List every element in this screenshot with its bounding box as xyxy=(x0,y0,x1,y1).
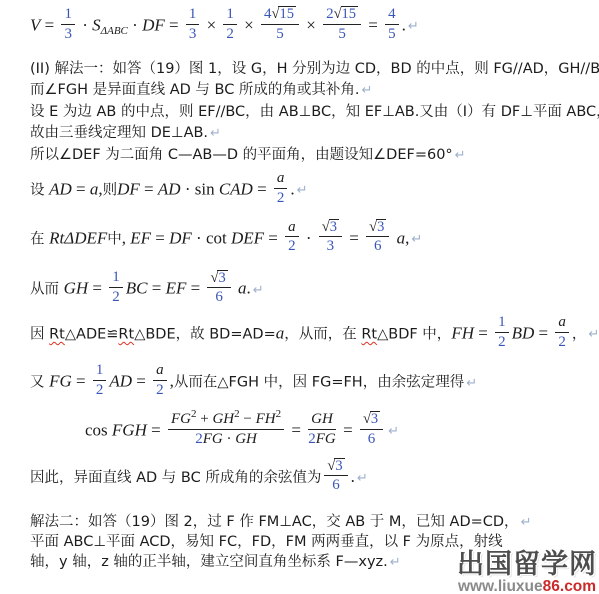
math-digit: 2 xyxy=(195,431,203,447)
paragraph-return-mark: ↵ xyxy=(208,126,221,141)
sqrt-radical: √3 xyxy=(210,270,227,286)
math-digit: 1 xyxy=(64,6,72,22)
watermark-brand: 出国留学网 xyxy=(457,551,597,579)
fraction: 13 xyxy=(186,6,200,43)
math-italic: AD xyxy=(49,179,72,198)
superscript: 2 xyxy=(276,408,282,420)
fraction: 12 xyxy=(223,6,237,43)
math-italic: BC xyxy=(126,279,148,298)
text-run: 设 E 为边 AB 的中点，则 EF//BC，由 AB⊥BC，知 EF⊥AB.又… xyxy=(30,104,599,120)
math-italic: AD xyxy=(158,179,181,198)
formula-ef: 在 RtΔDEF中, EF = DF · cot DEF = a2 · √33 … xyxy=(30,221,599,258)
math-italic: CAD xyxy=(219,179,253,198)
para-fg-cosine-rule: 又 FG = 12AD = a2,从而在△FGH 中，因 FG=FH，由余弦定理… xyxy=(30,364,599,401)
text-run: △BDE，故 BD=AD= xyxy=(134,326,276,342)
denominator: 2 xyxy=(285,237,299,255)
math-italic: a xyxy=(276,323,285,342)
text-run: 故由三垂线定理知 DE⊥AB. xyxy=(30,125,208,141)
text-run: 在 xyxy=(30,231,49,247)
math-digit: 2 xyxy=(277,190,285,206)
numerator: √3 xyxy=(319,219,342,237)
denominator: 6 xyxy=(324,476,347,494)
denominator: 2 xyxy=(274,189,288,207)
para-midpoint-e: 设 E 为边 AB 的中点，则 EF//BC，由 AB⊥BC，知 EF⊥AB.又… xyxy=(30,102,599,124)
math-roman: cos xyxy=(85,420,112,439)
math-italic: DF xyxy=(117,179,140,198)
fraction: a2 xyxy=(153,362,167,399)
math-roman: = xyxy=(140,179,158,198)
math-roman: × xyxy=(202,15,220,34)
math-digit: 2 xyxy=(308,431,316,447)
radicand: 3 xyxy=(329,219,339,235)
radicand: 3 xyxy=(370,411,380,427)
math-roman: = xyxy=(264,228,282,247)
fraction: √36 xyxy=(207,270,230,306)
denominator: 6 xyxy=(360,430,383,448)
formula-df: 设 AD = a,则DF = AD · sin CAD = a2.↵ xyxy=(30,172,599,209)
text-run: 而∠FGH 是异面直线 AD 与 BC 所成的角或其补角. xyxy=(30,82,360,98)
math-italic: V xyxy=(30,15,40,34)
denominator: 3 xyxy=(186,25,200,43)
denominator: 2 xyxy=(153,381,167,399)
denominator: 2 xyxy=(93,381,107,399)
para-solution1-intro: (II) 解法一：如答（19）图 1，设 G，H 分别为边 CD，BD 的中点，… xyxy=(30,59,599,81)
paragraph-return-mark: ↵ xyxy=(386,424,399,439)
math-digit: 2 xyxy=(498,334,506,350)
sqrt-radical: √15 xyxy=(272,6,296,22)
math-roman: = xyxy=(165,15,183,34)
denominator: 5 xyxy=(323,25,361,43)
math-roman: = xyxy=(345,228,363,247)
math-digit: 2 xyxy=(558,334,566,350)
math-roman: · xyxy=(128,15,142,34)
numerator: a xyxy=(555,314,569,333)
math-digit: 6 xyxy=(374,238,382,254)
math-digit: 5 xyxy=(388,26,396,42)
spellcheck-flagged-text: Rt xyxy=(49,326,65,342)
math-digit: 2 xyxy=(288,238,296,254)
math-roman: = xyxy=(72,179,90,198)
math-italic: DEF xyxy=(231,228,264,247)
formula-gh: 从而 GH = 12BC = EF = √36 a.↵ xyxy=(30,271,599,308)
math-italic: FG xyxy=(316,431,336,447)
paragraph-return-mark: ↵ xyxy=(409,232,422,247)
math-roman: = xyxy=(474,323,492,342)
math-roman: = xyxy=(151,228,169,247)
math-roman: = xyxy=(186,279,204,298)
numerator: 1 xyxy=(109,269,123,288)
paragraph-return-mark: ↵ xyxy=(586,327,599,342)
radicand: 15 xyxy=(278,6,296,22)
numerator: 4√15 xyxy=(261,6,299,25)
numerator: 4 xyxy=(385,6,399,25)
spellcheck-flagged-text: Rt xyxy=(361,326,377,342)
math-roman: − xyxy=(240,411,256,427)
math-digit: 1 xyxy=(498,314,506,330)
math-digit: 1 xyxy=(226,6,234,22)
math-roman: = xyxy=(148,279,166,298)
math-italic: a xyxy=(277,170,285,186)
math-italic: GH xyxy=(235,431,257,447)
denominator: 2FG · GH xyxy=(168,430,284,448)
formula-cos-fgh: cos FGH = FG2 + GH2 − FH22FG · GH = GH2F… xyxy=(85,413,599,450)
text-run: 从而在△FGH 中，因 FG=FH，由余弦定理得 xyxy=(174,375,464,391)
math-roman: + xyxy=(196,411,212,427)
math-digit: 2 xyxy=(96,382,104,398)
math-roman: · xyxy=(302,228,316,247)
fraction: GH2FG xyxy=(308,411,336,448)
watermark: 出国留学网 www.liuxue86.com xyxy=(457,551,597,594)
paragraph-return-mark: ↵ xyxy=(360,83,373,98)
numerator: √3 xyxy=(366,219,389,237)
fraction: 45 xyxy=(385,6,399,43)
paragraph-return-mark: ↵ xyxy=(464,376,477,391)
math-digit: 5 xyxy=(338,26,346,42)
sqrt-radical: √3 xyxy=(322,219,339,235)
math-digit: 3 xyxy=(327,238,335,254)
math-roman: = xyxy=(40,15,58,34)
text-run: ，从而，在 xyxy=(284,326,361,342)
para-three-perpendicular: 故由三垂线定理知 DE⊥AB.↵ xyxy=(30,123,599,145)
watermark-url: www.liuxue86.com xyxy=(457,579,597,594)
math-italic: a xyxy=(392,228,405,247)
numerator: a xyxy=(274,170,288,189)
radicand: 3 xyxy=(334,458,344,474)
fraction: √36 xyxy=(324,458,347,494)
text-run: (II) 解法一：如答（19）图 1，设 G，H 分别为边 CD，BD 的中点，… xyxy=(30,61,599,77)
text-run: 平面 ABC⊥平面 ACD，易知 FC，FD，FM 两两垂直，以 F 为原点，射… xyxy=(30,534,503,550)
fraction: √33 xyxy=(319,219,342,255)
math-italic: DF xyxy=(142,15,165,34)
numerator: 1 xyxy=(93,362,107,381)
text-run: 设 xyxy=(30,182,49,198)
fraction: √36 xyxy=(366,219,389,255)
text-run: 中 xyxy=(107,231,122,247)
math-italic: FG xyxy=(203,431,223,447)
math-italic: AD xyxy=(109,372,132,391)
math-digit: 1 xyxy=(96,362,104,378)
denominator: 6 xyxy=(207,288,230,306)
math-italic: FG xyxy=(49,372,72,391)
denominator: 2 xyxy=(495,333,509,351)
para-solution2-intro: 解法二：如答（19）图 2，过 F 作 FM⊥AC，交 AB 于 M，已知 AD… xyxy=(30,512,599,534)
numerator: a xyxy=(285,219,299,238)
math-roman: = xyxy=(88,279,106,298)
text-run: △BDF 中， xyxy=(377,326,451,342)
numerator: 1 xyxy=(61,6,75,25)
math-digit: 2 xyxy=(156,382,164,398)
math-italic: EF xyxy=(166,279,187,298)
denominator: 2 xyxy=(223,25,237,43)
sqrt-radical: √15 xyxy=(334,6,358,22)
math-italic: FH xyxy=(256,411,276,427)
math-italic: EF xyxy=(130,228,151,247)
math-roman: = xyxy=(72,372,90,391)
text-run: 则 xyxy=(103,182,118,198)
text-run: 所以∠DEF 为二面角 C—AB—D 的平面角，由题设知∠DEF=60° xyxy=(30,147,453,163)
numerator: 1 xyxy=(495,314,509,333)
paragraph-return-mark: ↵ xyxy=(295,183,308,198)
math-roman: = xyxy=(534,323,552,342)
text-run: 又 xyxy=(30,375,49,391)
text-run: 轴，y 轴，z 轴的正半轴，建立空间直角坐标系 F—xyz. xyxy=(30,554,388,570)
math-italic: BD xyxy=(512,323,535,342)
paragraph-return-mark: ↵ xyxy=(453,148,466,163)
fraction: √36 xyxy=(360,411,383,447)
math-roman: · sin xyxy=(181,179,219,198)
document-page: V = 13 · SΔABC · DF = 13 × 12 × 4√155 × … xyxy=(0,0,599,594)
math-roman: × xyxy=(240,15,258,34)
denominator: 2 xyxy=(109,288,123,306)
math-italic: a xyxy=(288,219,296,235)
math-digit: 6 xyxy=(215,289,223,305)
sqrt-radical: √3 xyxy=(327,458,344,474)
denominator: 3 xyxy=(61,25,75,43)
math-digit: 4 xyxy=(388,6,396,22)
numerator: a xyxy=(153,362,167,381)
numerator: 1 xyxy=(223,6,237,25)
math-digit: 2 xyxy=(226,26,234,42)
text-run: △ADE≌ xyxy=(65,326,119,342)
math-italic: RtΔDEF xyxy=(49,228,107,247)
paragraph-return-mark: ↵ xyxy=(388,555,401,570)
fraction: a2 xyxy=(555,314,569,351)
para-congruent-fh: 因 Rt△ADE≌Rt△BDE，故 BD=AD=a，从而，在 Rt△BDF 中，… xyxy=(30,316,599,353)
math-italic: a xyxy=(234,279,247,298)
denominator: 2FG xyxy=(308,430,336,448)
math-italic: a xyxy=(558,314,566,330)
fraction: 12 xyxy=(93,362,107,399)
math-roman: = xyxy=(339,420,357,439)
math-roman: = xyxy=(132,372,150,391)
paragraph-return-mark: ↵ xyxy=(251,283,264,298)
math-digit: 1 xyxy=(189,6,197,22)
math-roman: = xyxy=(364,15,382,34)
math-italic: a xyxy=(156,362,164,378)
math-italic: FGH xyxy=(112,420,147,439)
math-roman: · xyxy=(223,431,236,447)
denominator: 3 xyxy=(319,237,342,255)
math-roman: = xyxy=(287,420,305,439)
numerator: FG2 + GH2 − FH2 xyxy=(168,411,284,430)
fraction: a2 xyxy=(285,219,299,256)
subscript: ΔABC xyxy=(101,25,128,37)
math-digit: 1 xyxy=(112,269,120,285)
radicand: 3 xyxy=(217,270,227,286)
paragraph-return-mark: ↵ xyxy=(406,19,419,34)
sqrt-radical: √3 xyxy=(369,219,386,235)
math-roman: × xyxy=(302,15,320,34)
fraction: FG2 + GH2 − FH22FG · GH xyxy=(168,411,284,448)
fraction: 13 xyxy=(61,6,75,43)
text-run: ， xyxy=(572,326,587,342)
text-run: 解法二：如答（19）图 2，过 F 作 FM⊥AC，交 AB 于 M，已知 AD… xyxy=(30,514,519,530)
sqrt-radical: √3 xyxy=(363,411,380,427)
text-run: 因此，异面直线 AD 与 BC 所成角的余弦值为 xyxy=(30,470,321,486)
paragraph-return-mark: ↵ xyxy=(519,515,532,530)
math-roman: · cot xyxy=(192,228,231,247)
math-roman: = xyxy=(147,420,165,439)
text-run: 从而 xyxy=(30,282,64,298)
formula-volume: V = 13 · SΔABC · DF = 13 × 12 × 4√155 × … xyxy=(30,8,599,45)
fraction: 4√155 xyxy=(261,6,299,43)
spellcheck-flagged-text: Rt xyxy=(118,326,134,342)
math-italic: GH xyxy=(64,279,89,298)
denominator: 2 xyxy=(555,333,569,351)
math-italic: GH xyxy=(311,411,333,427)
math-digit: 6 xyxy=(368,431,376,447)
math-italic: DF xyxy=(169,228,192,247)
numerator: GH xyxy=(308,411,336,430)
fraction: 12 xyxy=(109,269,123,306)
radicand: 15 xyxy=(341,6,359,22)
math-digit: 6 xyxy=(332,477,340,493)
math-roman: , xyxy=(122,228,131,247)
math-digit: 2 xyxy=(326,6,334,22)
numerator: √3 xyxy=(207,270,230,288)
denominator: 5 xyxy=(261,25,299,43)
text-run: 因 xyxy=(30,326,49,342)
math-digit: 4 xyxy=(264,6,272,22)
math-digit: 5 xyxy=(276,26,284,42)
math-italic: FH xyxy=(451,323,474,342)
math-roman: · xyxy=(78,15,92,34)
watermark-url-gray: www.liuxue xyxy=(458,578,543,594)
numerator: 2√15 xyxy=(323,6,361,25)
math-digit: 3 xyxy=(189,26,197,42)
numerator: 1 xyxy=(186,6,200,25)
para-dihedral-angle: 所以∠DEF 为二面角 C—AB—D 的平面角，由题设知∠DEF=60°↵ xyxy=(30,145,599,167)
denominator: 5 xyxy=(385,25,399,43)
math-roman: = xyxy=(253,179,271,198)
radicand: 3 xyxy=(376,219,386,235)
fraction: a2 xyxy=(274,170,288,207)
para-solution1-angle: 而∠FGH 是异面直线 AD 与 BC 所成的角或其补角.↵ xyxy=(30,80,599,102)
math-italic: GH xyxy=(212,411,234,427)
math-italic: FG xyxy=(171,411,191,427)
watermark-url-red: 86.com xyxy=(543,578,596,594)
fraction: 2√155 xyxy=(323,6,361,43)
numerator: √3 xyxy=(324,458,347,476)
denominator: 6 xyxy=(366,237,389,255)
fraction: 12 xyxy=(495,314,509,351)
paragraph-return-mark: ↵ xyxy=(355,471,368,486)
math-digit: 2 xyxy=(112,289,120,305)
numerator: √3 xyxy=(360,411,383,429)
para-conclusion: 因此，异面直线 AD 与 BC 所成角的余弦值为√36.↵ xyxy=(30,460,599,496)
math-italic: S xyxy=(92,15,101,34)
math-digit: 3 xyxy=(64,26,72,42)
document-body: V = 13 · SΔABC · DF = 13 × 12 × 4√155 × … xyxy=(0,0,599,572)
